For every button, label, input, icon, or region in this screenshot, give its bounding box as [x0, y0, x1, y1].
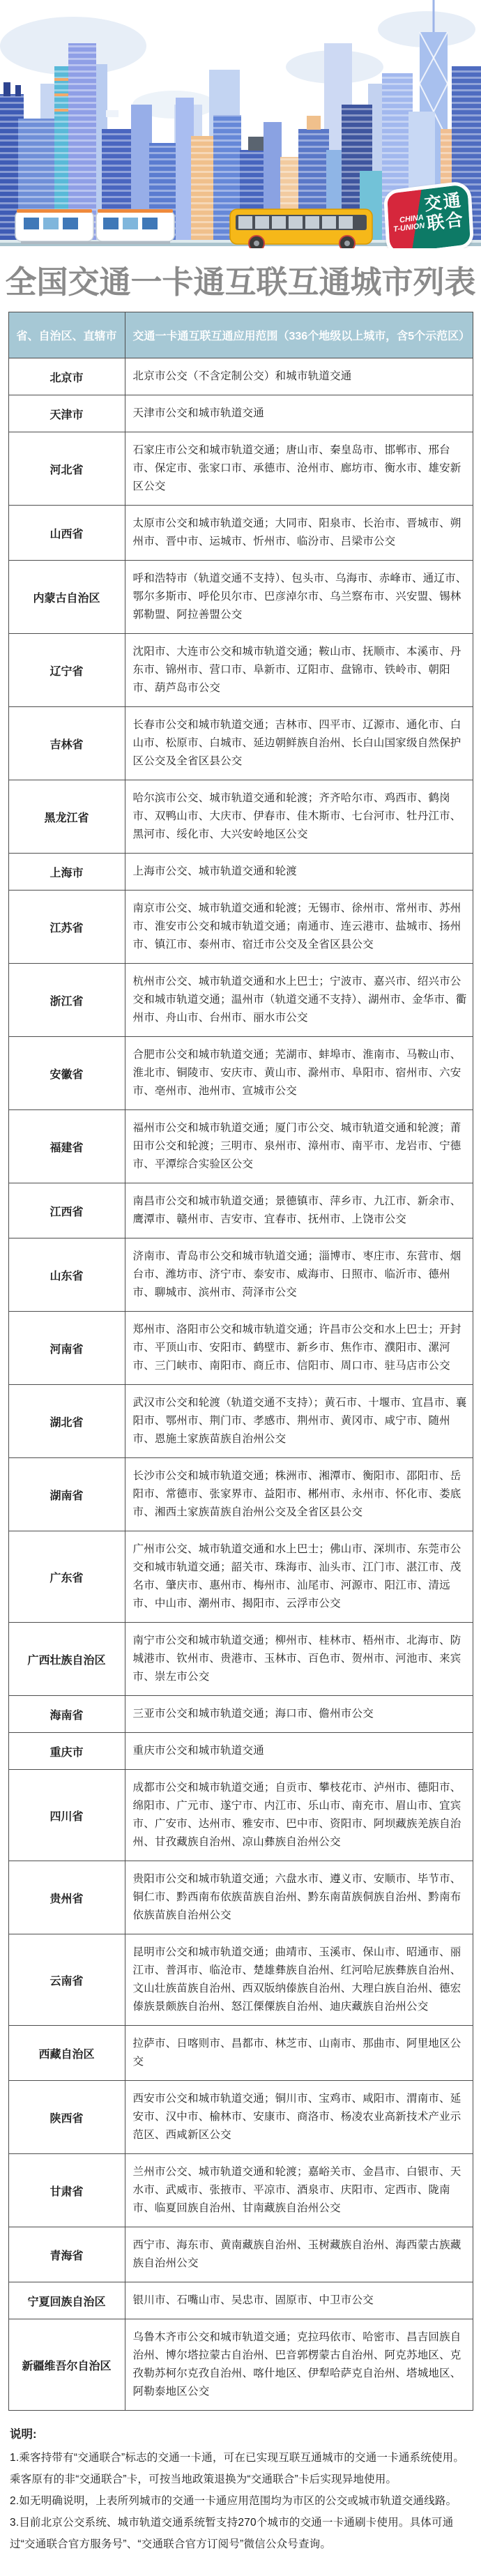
table-row: 河南省郑州市、洛阳市公交和城市轨道交通；许昌市公交和水上巴士；开封市、平顶山市、… [8, 1312, 473, 1385]
scope-cell: 三亚市公交和城市轨道交通；海口市、儋州市公交 [125, 1696, 473, 1733]
notes-list: 1.乘客持带有“交通联合”标志的交通一卡通，可在已实现互联互通城市的交通一卡通系… [10, 2447, 470, 2555]
province-cell: 浙江省 [8, 964, 125, 1037]
scope-cell: 昆明市公交和城市轨道交通；曲靖市、玉溪市、保山市、昭通市、丽江市、普洱市、临沧市… [125, 1934, 473, 2026]
scope-cell: 南京市公交、城市轨道交通和轮渡；无锡市、徐州市、常州市、苏州市、淮安市公交和城市… [125, 891, 473, 964]
table-row: 四川省成都市公交和城市轨道交通；自贡市、攀枝花市、泸州市、德阳市、绵阳市、广元市… [8, 1770, 473, 1861]
province-cell: 辽宁省 [8, 634, 125, 707]
note-item: 2.如无明确说明，上表所列城市的交通一卡通应用范围均为市区的公交或城市轨道交通线… [10, 2490, 470, 2512]
province-cell: 甘肃省 [8, 2154, 125, 2227]
province-cell: 河南省 [8, 1312, 125, 1385]
province-cell: 内蒙古自治区 [8, 561, 125, 634]
table-body: 北京市北京市公交（不含定制公交）和城市轨道交通天津市天津市公交和城市轨道交通河北… [8, 358, 473, 2411]
scope-cell: 杭州市公交、城市轨道交通和水上巴士；宁波市、嘉兴市、绍兴市公交和城市轨道交通；温… [125, 964, 473, 1037]
table-row: 上海市上海市公交、城市轨道交通和轮渡 [8, 854, 473, 891]
province-cell: 海南省 [8, 1696, 125, 1733]
province-cell: 湖北省 [8, 1385, 125, 1458]
scope-cell: 天津市公交和城市轨道交通 [125, 395, 473, 432]
scope-cell: 银川市、石嘴山市、吴忠市、固原市、中卫市公交 [125, 2282, 473, 2319]
table-row: 吉林省长春市公交和城市轨道交通；吉林市、四平市、辽源市、通化市、白山市、松原市、… [8, 707, 473, 780]
scope-cell: 石家庄市公交和城市轨道交通；唐山市、秦皇岛市、邯郸市、邢台市、保定市、张家口市、… [125, 432, 473, 506]
table-row: 福建省福州市公交和城市轨道交通；厦门市公交、城市轨道交通和轮渡；莆田市公交和轮渡… [8, 1110, 473, 1183]
header-illustration: 交通 联合 CHINA T-UNION [0, 0, 481, 248]
scope-cell: 沈阳市、大连市公交和城市轨道交通；鞍山市、抚顺市、本溪市、丹东市、锦州市、营口市… [125, 634, 473, 707]
note-item: 1.乘客持带有“交通联合”标志的交通一卡通，可在已实现互联互通城市的交通一卡通系… [10, 2447, 470, 2490]
scope-cell: 福州市公交和城市轨道交通；厦门市公交、城市轨道交通和轮渡；莆田市公交和轮渡；三明… [125, 1110, 473, 1183]
province-cell: 西藏自治区 [8, 2026, 125, 2081]
table-row: 江西省南昌市公交和城市轨道交通；景德镇市、萍乡市、九江市、新余市、鹰潭市、赣州市… [8, 1183, 473, 1238]
table-row: 安徽省合肥市公交和城市轨道交通；芜湖市、蚌埠市、淮南市、马鞍山市、淮北市、铜陵市… [8, 1037, 473, 1110]
province-cell: 北京市 [8, 358, 125, 395]
table-row: 宁夏回族自治区银川市、石嘴山市、吴忠市、固原市、中卫市公交 [8, 2282, 473, 2319]
note-item: 3.目前北京公交系统、城市轨道交通系统暂支持270个城市的交通一卡通刷卡使用。具… [10, 2512, 470, 2555]
table-row: 广西壮族自治区南宁市公交和城市轨道交通；柳州市、桂林市、梧州市、北海市、防城港市… [8, 1623, 473, 1696]
province-cell: 宁夏回族自治区 [8, 2282, 125, 2319]
scope-cell: 南昌市公交和城市轨道交通；景德镇市、萍乡市、九江市、新余市、鹰潭市、赣州市、吉安… [125, 1183, 473, 1238]
t-union-logo: 交通 联合 CHINA T-UNION [383, 180, 474, 248]
bus-illustration [230, 209, 372, 248]
province-cell: 安徽省 [8, 1037, 125, 1110]
province-cell: 上海市 [8, 854, 125, 891]
column-header-scope: 交通一卡通互联互通应用范围（336个地级以上城市，含5个示范区） [125, 312, 473, 358]
page-title: 全国交通一卡通互联互通城市列表 [0, 257, 481, 302]
table-row: 山东省济南市、青岛市公交和城市轨道交通；淄博市、枣庄市、东营市、烟台市、潍坊市、… [8, 1238, 473, 1312]
table-row: 重庆市重庆市公交和城市轨道交通 [8, 1733, 473, 1770]
scope-cell: 贵阳市公交和城市轨道交通；六盘水市、遵义市、安顺市、毕节市、铜仁市、黔西南布依族… [125, 1861, 473, 1934]
scope-cell: 武汉市公交和轮渡（轨道交通不支持）；黄石市、十堰市、宜昌市、襄阳市、鄂州市、荆门… [125, 1385, 473, 1458]
table-row: 北京市北京市公交（不含定制公交）和城市轨道交通 [8, 358, 473, 395]
table-row: 云南省昆明市公交和城市轨道交通；曲靖市、玉溪市、保山市、昭通市、丽江市、普洱市、… [8, 1934, 473, 2026]
table-row: 辽宁省沈阳市、大连市公交和城市轨道交通；鞍山市、抚顺市、本溪市、丹东市、锦州市、… [8, 634, 473, 707]
table-row: 甘肃省兰州市公交、城市轨道交通和轮渡；嘉峪关市、金昌市、白银市、天水市、武威市、… [8, 2154, 473, 2227]
scope-cell: 北京市公交（不含定制公交）和城市轨道交通 [125, 358, 473, 395]
province-cell: 陕西省 [8, 2081, 125, 2154]
province-cell: 山西省 [8, 506, 125, 561]
province-cell: 天津市 [8, 395, 125, 432]
scope-cell: 合肥市公交和城市轨道交通；芜湖市、蚌埠市、淮南市、马鞍山市、淮北市、铜陵市、安庆… [125, 1037, 473, 1110]
scope-cell: 西安市公交和城市轨道交通；铜川市、宝鸡市、咸阳市、渭南市、延安市、汉中市、榆林市… [125, 2081, 473, 2154]
table-row: 西藏自治区拉萨市、日喀则市、昌都市、林芝市、山南市、那曲市、阿里地区公交 [8, 2026, 473, 2081]
scope-cell: 济南市、青岛市公交和城市轨道交通；淄博市、枣庄市、东营市、烟台市、潍坊市、济宁市… [125, 1238, 473, 1312]
province-cell: 新疆维吾尔自治区 [8, 2319, 125, 2411]
notes-section: 说明: 1.乘客持带有“交通联合”标志的交通一卡通，可在已实现互联互通城市的交通… [0, 2411, 481, 2576]
scope-cell: 太原市公交和城市轨道交通；大同市、阳泉市、长治市、晋城市、朔州市、晋中市、运城市… [125, 506, 473, 561]
table-row: 海南省三亚市公交和城市轨道交通；海口市、儋州市公交 [8, 1696, 473, 1733]
scope-cell: 呼和浩特市（轨道交通不支持）、包头市、乌海市、赤峰市、通辽市、鄂尔多斯市、呼伦贝… [125, 561, 473, 634]
table-row: 天津市天津市公交和城市轨道交通 [8, 395, 473, 432]
province-cell: 广西壮族自治区 [8, 1623, 125, 1696]
city-table: 省、自治区、直辖市 交通一卡通互联互通应用范围（336个地级以上城市，含5个示范… [8, 312, 473, 2411]
table-row: 新疆维吾尔自治区乌鲁木齐市公交和城市轨道交通；克拉玛依市、哈密市、昌吉回族自治州… [8, 2319, 473, 2411]
column-header-province: 省、自治区、直辖市 [8, 312, 125, 358]
scope-cell: 长春市公交和城市轨道交通；吉林市、四平市、辽源市、通化市、白山市、松原市、白城市… [125, 707, 473, 780]
province-cell: 湖南省 [8, 1458, 125, 1531]
scope-cell: 西宁市、海东市、黄南藏族自治州、玉树藏族自治州、海西蒙古族藏族自治州公交 [125, 2227, 473, 2282]
scope-cell: 成都市公交和城市轨道交通；自贡市、攀枝花市、泸州市、德阳市、绵阳市、广元市、遂宁… [125, 1770, 473, 1861]
table-row: 陕西省西安市公交和城市轨道交通；铜川市、宝鸡市、咸阳市、渭南市、延安市、汉中市、… [8, 2081, 473, 2154]
scope-cell: 乌鲁木齐市公交和城市轨道交通；克拉玛依市、哈密市、昌吉回族自治州、博尔塔拉蒙古自… [125, 2319, 473, 2411]
scope-cell: 兰州市公交、城市轨道交通和轮渡；嘉峪关市、金昌市、白银市、天水市、武威市、张掖市… [125, 2154, 473, 2227]
province-cell: 福建省 [8, 1110, 125, 1183]
province-cell: 河北省 [8, 432, 125, 506]
table-row: 广东省广州市公交、城市轨道交通和水上巴士；佛山市、深圳市、东莞市公交和城市轨道交… [8, 1531, 473, 1623]
scope-cell: 长沙市公交和城市轨道交通；株洲市、湘潭市、衡阳市、邵阳市、岳阳市、常德市、张家界… [125, 1458, 473, 1531]
scope-cell: 上海市公交、城市轨道交通和轮渡 [125, 854, 473, 891]
province-cell: 江西省 [8, 1183, 125, 1238]
scope-cell: 拉萨市、日喀则市、昌都市、林芝市、山南市、那曲市、阿里地区公交 [125, 2026, 473, 2081]
province-cell: 青海省 [8, 2227, 125, 2282]
table-row: 江苏省南京市公交、城市轨道交通和轮渡；无锡市、徐州市、常州市、苏州市、淮安市公交… [8, 891, 473, 964]
province-cell: 山东省 [8, 1238, 125, 1312]
notes-label: 说明: [10, 2425, 470, 2441]
table-row: 贵州省贵阳市公交和城市轨道交通；六盘水市、遵义市、安顺市、毕节市、铜仁市、黔西南… [8, 1861, 473, 1934]
province-cell: 四川省 [8, 1770, 125, 1861]
scope-cell: 重庆市公交和城市轨道交通 [125, 1733, 473, 1770]
scope-cell: 南宁市公交和城市轨道交通；柳州市、桂林市、梧州市、北海市、防城港市、钦州市、贵港… [125, 1623, 473, 1696]
scope-cell: 郑州市、洛阳市公交和城市轨道交通；许昌市公交和水上巴士；开封市、平顶山市、安阳市… [125, 1312, 473, 1385]
table-row: 内蒙古自治区呼和浩特市（轨道交通不支持）、包头市、乌海市、赤峰市、通辽市、鄂尔多… [8, 561, 473, 634]
table-row: 黑龙江省哈尔滨市公交、城市轨道交通和轮渡；齐齐哈尔市、鸡西市、鹤岗市、双鸭山市、… [8, 780, 473, 854]
province-cell: 广东省 [8, 1531, 125, 1623]
table-row: 山西省太原市公交和城市轨道交通；大同市、阳泉市、长治市、晋城市、朔州市、晋中市、… [8, 506, 473, 561]
t-union-logo-en: CHINA T-UNION [392, 213, 425, 234]
table-row: 青海省西宁市、海东市、黄南藏族自治州、玉树藏族自治州、海西蒙古族藏族自治州公交 [8, 2227, 473, 2282]
table-row: 河北省石家庄市公交和城市轨道交通；唐山市、秦皇岛市、邯郸市、邢台市、保定市、张家… [8, 432, 473, 506]
table-row: 湖南省长沙市公交和城市轨道交通；株洲市、湘潭市、衡阳市、邵阳市、岳阳市、常德市、… [8, 1458, 473, 1531]
table-row: 浙江省杭州市公交、城市轨道交通和水上巴士；宁波市、嘉兴市、绍兴市公交和城市轨道交… [8, 964, 473, 1037]
province-cell: 黑龙江省 [8, 780, 125, 854]
table-header-row: 省、自治区、直辖市 交通一卡通互联互通应用范围（336个地级以上城市，含5个示范… [8, 312, 473, 358]
table-row: 湖北省武汉市公交和轮渡（轨道交通不支持）；黄石市、十堰市、宜昌市、襄阳市、鄂州市… [8, 1385, 473, 1458]
province-cell: 吉林省 [8, 707, 125, 780]
scope-cell: 广州市公交、城市轨道交通和水上巴士；佛山市、深圳市、东莞市公交和城市轨道交通；韶… [125, 1531, 473, 1623]
scope-cell: 哈尔滨市公交、城市轨道交通和轮渡；齐齐哈尔市、鸡西市、鹤岗市、双鸭山市、大庆市、… [125, 780, 473, 854]
province-cell: 贵州省 [8, 1861, 125, 1934]
t-union-logo-cn: 交通 联合 [423, 190, 465, 234]
province-cell: 重庆市 [8, 1733, 125, 1770]
province-cell: 江苏省 [8, 891, 125, 964]
province-cell: 云南省 [8, 1934, 125, 2026]
